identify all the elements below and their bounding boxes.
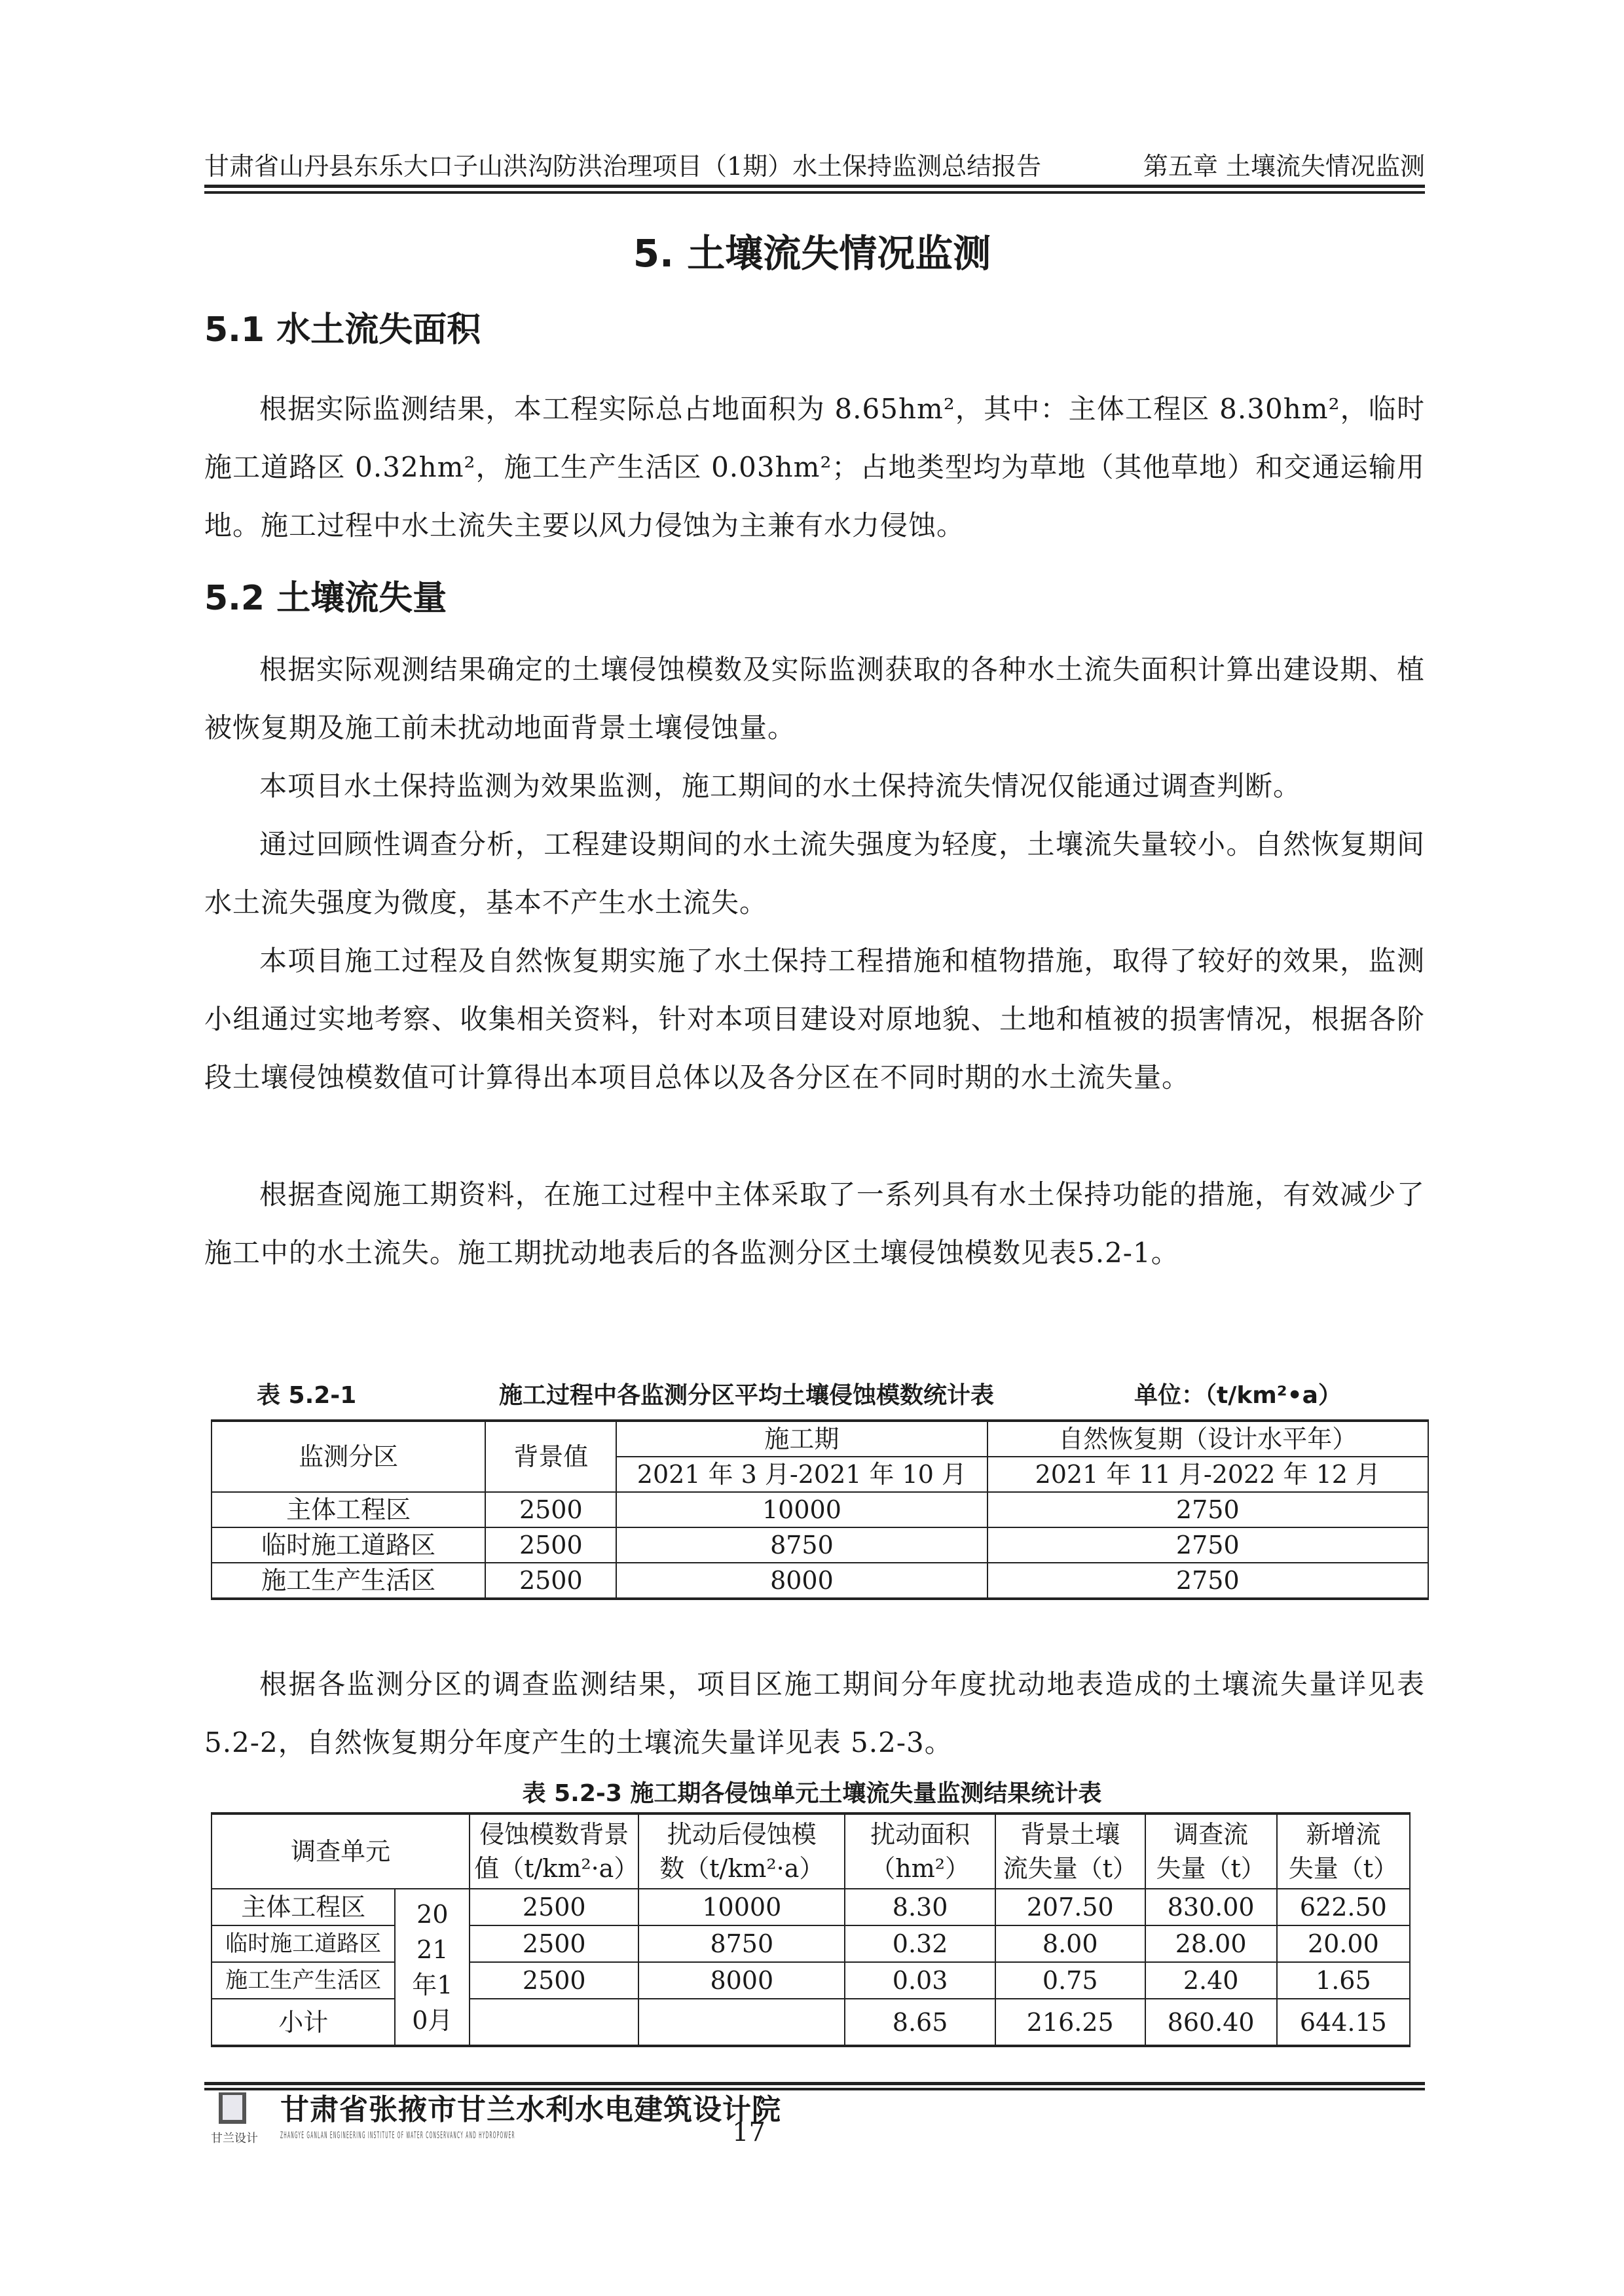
header-cell: 2021 年 11 月-2022 年 12 月 bbox=[987, 1457, 1428, 1492]
cell: 622.50 bbox=[1277, 1889, 1410, 1925]
period-cell: 2021年10月 bbox=[395, 1889, 470, 2046]
header-cell: 2021 年 3 月-2021 年 10 月 bbox=[616, 1457, 987, 1492]
cell: 207.50 bbox=[995, 1889, 1145, 1925]
header-cell: 施工期 bbox=[616, 1421, 987, 1457]
cell: 小计 bbox=[212, 1999, 395, 2046]
cell: 2750 bbox=[987, 1563, 1428, 1599]
cell: 20.00 bbox=[1277, 1925, 1410, 1962]
table-5-2-3: 调查单元 侵蚀模数背景值（t/km²·a） 扰动后侵蚀模数（t/km²·a） 扰… bbox=[211, 1812, 1411, 2047]
header-cell: 侵蚀模数背景值（t/km²·a） bbox=[470, 1813, 638, 1889]
page-number: 17 bbox=[732, 2116, 766, 2149]
table-number: 表 5.2-1 bbox=[257, 1381, 356, 1410]
cell: 8000 bbox=[638, 1962, 845, 1999]
header-cell: 背景土壤流失量（t） bbox=[995, 1813, 1145, 1889]
cell: 216.25 bbox=[995, 1999, 1145, 2046]
cell: 主体工程区 bbox=[212, 1889, 395, 1925]
cell: 2500 bbox=[485, 1527, 616, 1563]
cell: 2500 bbox=[485, 1492, 616, 1527]
paragraph: 本项目水土保持监测为效果监测，施工期间的水土保持流失情况仅能通过调查判断。 bbox=[204, 757, 1425, 815]
cell: 0.32 bbox=[845, 1925, 995, 1962]
header-cell: 背景值 bbox=[485, 1421, 616, 1492]
logo-caption: 甘兰设计 bbox=[211, 2129, 258, 2146]
footer-rule bbox=[204, 2088, 1425, 2090]
footer-rule bbox=[204, 2082, 1425, 2085]
header-cell: 扰动后侵蚀模数（t/km²·a） bbox=[638, 1813, 845, 1889]
cell: 2750 bbox=[987, 1527, 1428, 1563]
paragraph: 本项目施工过程及自然恢复期实施了水土保持工程措施和植物措施，取得了较好的效果，监… bbox=[204, 932, 1425, 1106]
cell: 10000 bbox=[638, 1889, 845, 1925]
cell: 2500 bbox=[485, 1563, 616, 1599]
header-rule bbox=[204, 185, 1425, 188]
cell: 8750 bbox=[638, 1925, 845, 1962]
cell: 8000 bbox=[616, 1563, 987, 1599]
cell: 临时施工道路区 bbox=[212, 1925, 395, 1962]
cell: 2500 bbox=[470, 1889, 638, 1925]
section-title-5-2: 5.2 土壤流失量 bbox=[204, 577, 447, 619]
table-row: 临时施工道路区 2500 8750 0.32 8.00 28.00 20.00 bbox=[212, 1925, 1410, 1962]
paragraph: 通过回顾性调查分析，工程建设期间的水土流失强度为轻度，土壤流失量较小。自然恢复期… bbox=[204, 815, 1425, 932]
cell: 644.15 bbox=[1277, 1999, 1410, 2046]
report-title: 甘肃省山丹县东乐大口子山洪沟防洪治理项目（1期）水土保持监测总结报告 bbox=[204, 152, 1041, 181]
cell: 1.65 bbox=[1277, 1962, 1410, 1999]
cell: 8.30 bbox=[845, 1889, 995, 1925]
cell: 10000 bbox=[616, 1492, 987, 1527]
cell: 8.65 bbox=[845, 1999, 995, 2046]
document-page: 甘肃省山丹县东乐大口子山洪沟防洪治理项目（1期）水土保持监测总结报告 第五章 土… bbox=[0, 0, 1624, 2296]
cell: 830.00 bbox=[1145, 1889, 1277, 1925]
table-row: 施工生产生活区 2500 8000 2750 bbox=[212, 1563, 1428, 1599]
organization-name: 甘肃省张掖市甘兰水利水电建筑设计院 bbox=[280, 2092, 781, 2128]
paragraph: 根据查阅施工期资料，在施工过程中主体采取了一系列具有水土保持功能的措施，有效减少… bbox=[204, 1165, 1425, 1282]
cell: 28.00 bbox=[1145, 1925, 1277, 1962]
cell: 2500 bbox=[470, 1962, 638, 1999]
cell: 施工生产生活区 bbox=[212, 1563, 485, 1599]
table-unit: 单位：（t/km²•a） bbox=[1134, 1381, 1342, 1410]
header-rule bbox=[204, 191, 1425, 194]
table-caption-5-2-3: 表 5.2-3 施工期各侵蚀单元土壤流失量监测结果统计表 bbox=[0, 1779, 1624, 1808]
header-cell: 扰动面积（hm²） bbox=[845, 1813, 995, 1889]
cell: 0.75 bbox=[995, 1962, 1145, 1999]
company-logo-icon bbox=[219, 2092, 246, 2124]
table-row: 施工生产生活区 2500 8000 0.03 0.75 2.40 1.65 bbox=[212, 1962, 1410, 1999]
subtotal-row: 小计 8.65 216.25 860.40 644.15 bbox=[212, 1999, 1410, 2046]
cell: 0.03 bbox=[845, 1962, 995, 1999]
table-row: 主体工程区 2021年10月 2500 10000 8.30 207.50 83… bbox=[212, 1889, 1410, 1925]
header-cell: 自然恢复期（设计水平年） bbox=[987, 1421, 1428, 1457]
header-cell: 调查单元 bbox=[212, 1813, 470, 1889]
cell: 主体工程区 bbox=[212, 1492, 485, 1527]
cell: 860.40 bbox=[1145, 1999, 1277, 2046]
paragraph: 根据各监测分区的调查监测结果，项目区施工期间分年度扰动地表造成的土壤流失量详见表… bbox=[204, 1655, 1425, 1772]
chapter-label: 第五章 土壤流失情况监测 bbox=[1143, 152, 1425, 181]
running-header: 甘肃省山丹县东乐大口子山洪沟防洪治理项目（1期）水土保持监测总结报告 第五章 土… bbox=[204, 152, 1425, 181]
chapter-title: 5. 土壤流失情况监测 bbox=[0, 230, 1624, 276]
header-cell: 监测分区 bbox=[212, 1421, 485, 1492]
table-5-2-1: 监测分区 背景值 施工期 自然恢复期（设计水平年） 2021 年 3 月-202… bbox=[211, 1419, 1429, 1600]
header-cell: 新增流失量（t） bbox=[1277, 1813, 1410, 1889]
table-title: 施工过程中各监测分区平均土壤侵蚀模数统计表 bbox=[499, 1381, 994, 1410]
cell: 施工生产生活区 bbox=[212, 1962, 395, 1999]
cell: 8750 bbox=[616, 1527, 987, 1563]
cell: 8.00 bbox=[995, 1925, 1145, 1962]
header-cell: 调查流失量（t） bbox=[1145, 1813, 1277, 1889]
cell: 临时施工道路区 bbox=[212, 1527, 485, 1563]
cell bbox=[470, 1999, 638, 2046]
table-row: 主体工程区 2500 10000 2750 bbox=[212, 1492, 1428, 1527]
table-row: 临时施工道路区 2500 8750 2750 bbox=[212, 1527, 1428, 1563]
paragraph: 根据实际观测结果确定的土壤侵蚀模数及实际监测获取的各种水土流失面积计算出建设期、… bbox=[204, 640, 1425, 757]
cell: 2500 bbox=[470, 1925, 638, 1962]
section-title-5-1: 5.1 水土流失面积 bbox=[204, 309, 481, 351]
cell bbox=[638, 1999, 845, 2046]
cell: 2750 bbox=[987, 1492, 1428, 1527]
cell: 2.40 bbox=[1145, 1962, 1277, 1999]
paragraph: 根据实际监测结果，本工程实际总占地面积为 8.65hm²，其中：主体工程区 8.… bbox=[204, 380, 1425, 555]
